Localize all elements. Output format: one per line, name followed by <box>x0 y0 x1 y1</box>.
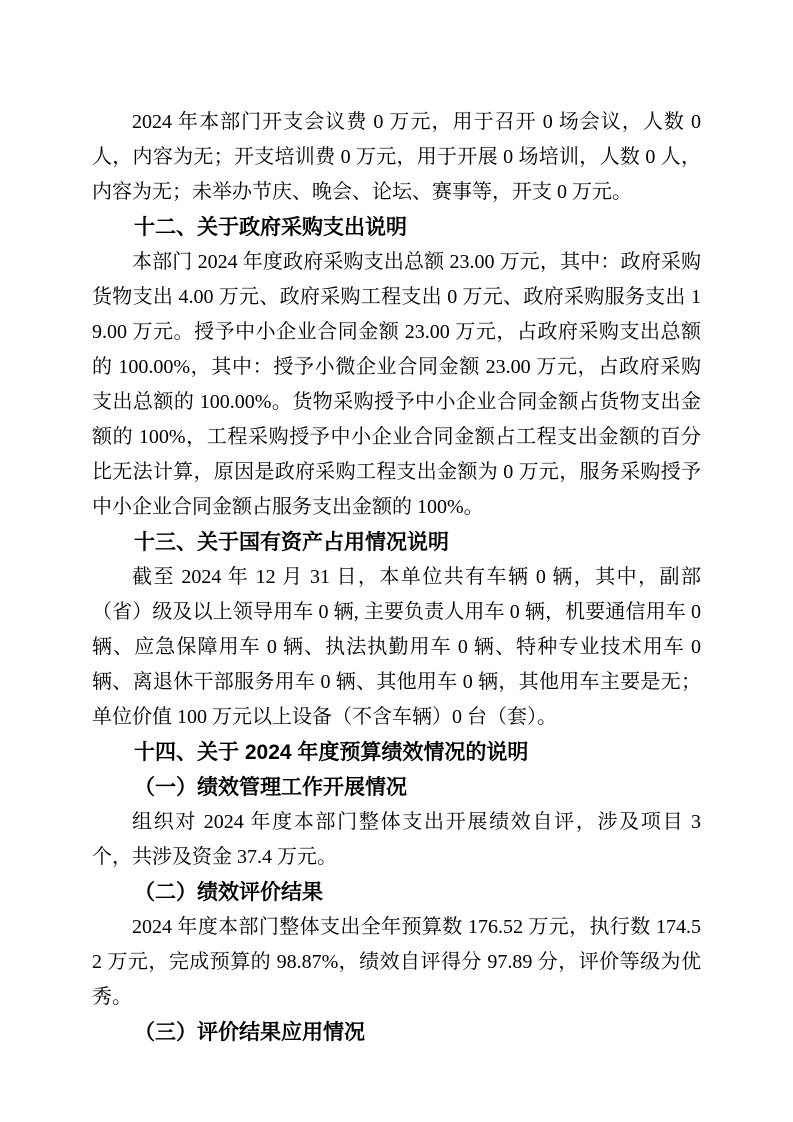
subheading-evaluation-results: （二）绩效评价结果 <box>92 875 701 910</box>
paragraph-evaluation-results: 2024 年度本部门整体支出全年预算数 176.52 万元，执行数 174.52… <box>92 910 701 1015</box>
section-heading-budget-performance: 十四、关于 2024 年度预算绩效情况的说明 <box>92 735 701 770</box>
subheading-results-application: （三）评价结果应用情况 <box>92 1015 701 1050</box>
paragraph-conference-expenses: 2024 年本部门开支会议费 0 万元，用于召开 0 场会议，人数 0 人，内容… <box>92 105 701 210</box>
paragraph-procurement-details: 本部门 2024 年度政府采购支出总额 23.00 万元，其中：政府采购货物支出… <box>92 245 701 525</box>
section-heading-state-assets: 十三、关于国有资产占用情况说明 <box>92 525 701 560</box>
subheading-performance-management: （一）绩效管理工作开展情况 <box>92 770 701 805</box>
document-page: 2024 年本部门开支会议费 0 万元，用于召开 0 场会议，人数 0 人，内容… <box>0 0 793 1122</box>
section-heading-procurement: 十二、关于政府采购支出说明 <box>92 210 701 245</box>
paragraph-state-assets: 截至 2024 年 12 月 31 日，本单位共有车辆 0 辆，其中，副部（省）… <box>92 560 701 735</box>
paragraph-performance-self-evaluation: 组织对 2024 年度本部门整体支出开展绩效自评，涉及项目 3 个，共涉及资金 … <box>92 805 701 875</box>
